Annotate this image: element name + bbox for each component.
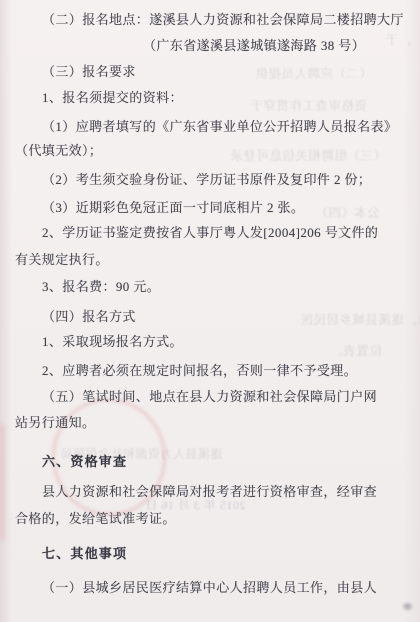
doc-line-method-heading: （四）报名方式 [15,309,414,324]
doc-line-materials-intro: 1、报名须提交的资料： [15,90,414,105]
doc-line-method-1: 1、采取现场报名方式。 [15,334,414,349]
doc-line-method-2: 2、应聘者必须在规定时间报名，否则一律不予受理。 [15,363,414,378]
scan-smudge [401,601,414,612]
doc-line-exam-notice-cont: 站另行通知。 [15,415,414,430]
doc-line-certificate-fee: 2、学历证书鉴定费按省人事厅粤人发[2004]206 号文件的 [15,225,414,240]
doc-line-material-2: （2）考生须交验身份证、学历证书原件及复印件 2 份； [15,172,414,187]
doc-line-address: （广东省遂溪县遂城镇遂海路 38 号） [15,38,414,53]
doc-line-review-body: 县人力资源和社会保障局对报考者进行资格审查，经审查 [15,484,414,499]
red-seal-edge-streak [0,425,5,540]
scanned-document-page: ，于 （二）应聘人员提供 资格审查工作贯穿于 （三）组聘相关信息可登录 公本（四… [0,0,420,622]
doc-line-material-1-cont: （代填无效）； [15,143,414,158]
doc-line-requirements-heading: （三）报名要求 [15,64,414,79]
doc-heading-other-matters: 七、其他事项 [15,546,414,561]
doc-line-review-body-cont: 合格的，发给笔试准考证。 [15,511,414,526]
doc-heading-qualification-review: 六、资格审查 [15,454,414,469]
doc-line-material-1: （1）应聘者填写的《广东省事业单位公开招聘人员报名表》 [15,119,414,134]
doc-line-exam-notice: （五）笔试时间、地点在县人力资源和社会保障局门户网 [15,389,414,404]
doc-line-other-matters-1: （一）县城乡居民医疗结算中心人招聘人员工作，由县人 [15,580,414,595]
doc-line-material-3: （3）近期彩色免冠正面一寸同底相片 2 张。 [15,200,414,215]
doc-line-registration-location: （二）报名地点：遂溪县人力资源和社会保障局二楼招聘大厅 [15,12,414,27]
doc-line-registration-fee: 3、报名费：90 元。 [15,279,414,294]
doc-line-certificate-fee-cont: 有关规定执行。 [15,252,414,267]
